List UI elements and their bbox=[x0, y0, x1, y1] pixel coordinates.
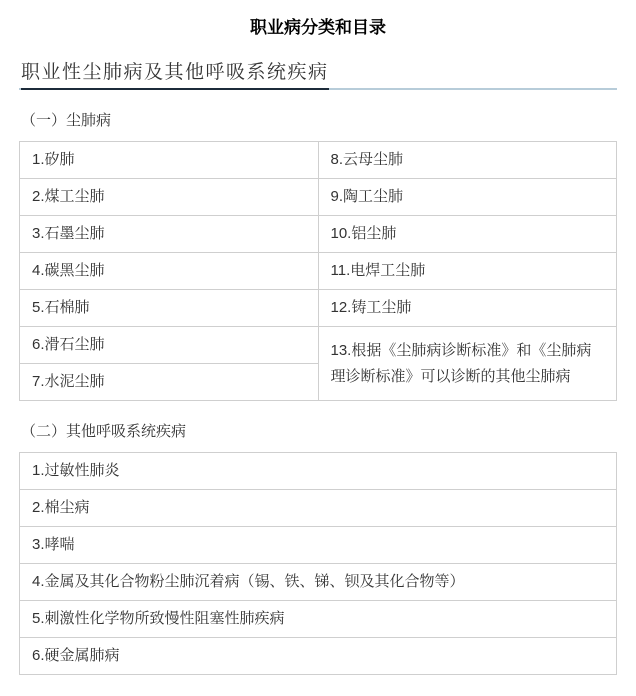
table-row: 2.煤工尘肺 9.陶工尘肺 bbox=[20, 179, 617, 216]
table-row: 6.滑石尘肺 13.根据《尘肺病诊断标准》和《尘肺病理诊断标准》可以诊断的其他尘… bbox=[20, 327, 617, 364]
table-cell: 5.石棉肺 bbox=[20, 290, 319, 327]
section-2-label: （二）其他呼吸系统疾病 bbox=[21, 424, 617, 440]
table-cell: 3.石墨尘肺 bbox=[20, 216, 319, 253]
category-heading-rule: 职业性尘肺病及其他呼吸系统疾病 bbox=[19, 62, 617, 90]
table-cell: 7.水泥尘肺 bbox=[20, 364, 319, 401]
table-row: 2.棉尘病 bbox=[20, 490, 617, 527]
section-1-label: （一）尘肺病 bbox=[21, 113, 617, 129]
table-cell: 1.过敏性肺炎 bbox=[20, 453, 617, 490]
table-row: 3.石墨尘肺 10.铝尘肺 bbox=[20, 216, 617, 253]
table-cell: 9.陶工尘肺 bbox=[318, 179, 617, 216]
table-cell: 10.铝尘肺 bbox=[318, 216, 617, 253]
table-cell: 3.哮喘 bbox=[20, 527, 617, 564]
table-cell: 6.滑石尘肺 bbox=[20, 327, 319, 364]
pneumoconiosis-table: 1.矽肺 8.云母尘肺 2.煤工尘肺 9.陶工尘肺 3.石墨尘肺 10.铝尘肺 … bbox=[19, 141, 617, 401]
table-row: 6.硬金属肺病 bbox=[20, 638, 617, 675]
table-row: 4.碳黑尘肺 11.电焊工尘肺 bbox=[20, 253, 617, 290]
table-cell: 2.棉尘病 bbox=[20, 490, 617, 527]
table-row: 5.石棉肺 12.铸工尘肺 bbox=[20, 290, 617, 327]
table-cell: 11.电焊工尘肺 bbox=[318, 253, 617, 290]
table-cell: 8.云母尘肺 bbox=[318, 142, 617, 179]
table-row: 4.金属及其化合物粉尘肺沉着病（锡、铁、锑、钡及其化合物等） bbox=[20, 564, 617, 601]
page-title: 职业病分类和目录 bbox=[19, 19, 617, 37]
table-cell: 2.煤工尘肺 bbox=[20, 179, 319, 216]
table-row: 3.哮喘 bbox=[20, 527, 617, 564]
table-cell: 1.矽肺 bbox=[20, 142, 319, 179]
other-respiratory-table: 1.过敏性肺炎 2.棉尘病 3.哮喘 4.金属及其化合物粉尘肺沉着病（锡、铁、锑… bbox=[19, 452, 617, 675]
table-row: 1.矽肺 8.云母尘肺 bbox=[20, 142, 617, 179]
document-page: 职业病分类和目录 职业性尘肺病及其他呼吸系统疾病 （一）尘肺病 1.矽肺 8.云… bbox=[0, 0, 636, 675]
table-cell: 5.刺激性化学物所致慢性阻塞性肺疾病 bbox=[20, 601, 617, 638]
category-heading: 职业性尘肺病及其他呼吸系统疾病 bbox=[21, 62, 329, 90]
table-cell: 4.碳黑尘肺 bbox=[20, 253, 319, 290]
table-row: 5.刺激性化学物所致慢性阻塞性肺疾病 bbox=[20, 601, 617, 638]
table-cell: 12.铸工尘肺 bbox=[318, 290, 617, 327]
table-cell: 4.金属及其化合物粉尘肺沉着病（锡、铁、锑、钡及其化合物等） bbox=[20, 564, 617, 601]
table-cell: 13.根据《尘肺病诊断标准》和《尘肺病理诊断标准》可以诊断的其他尘肺病 bbox=[318, 327, 617, 401]
table-row: 1.过敏性肺炎 bbox=[20, 453, 617, 490]
table-cell: 6.硬金属肺病 bbox=[20, 638, 617, 675]
